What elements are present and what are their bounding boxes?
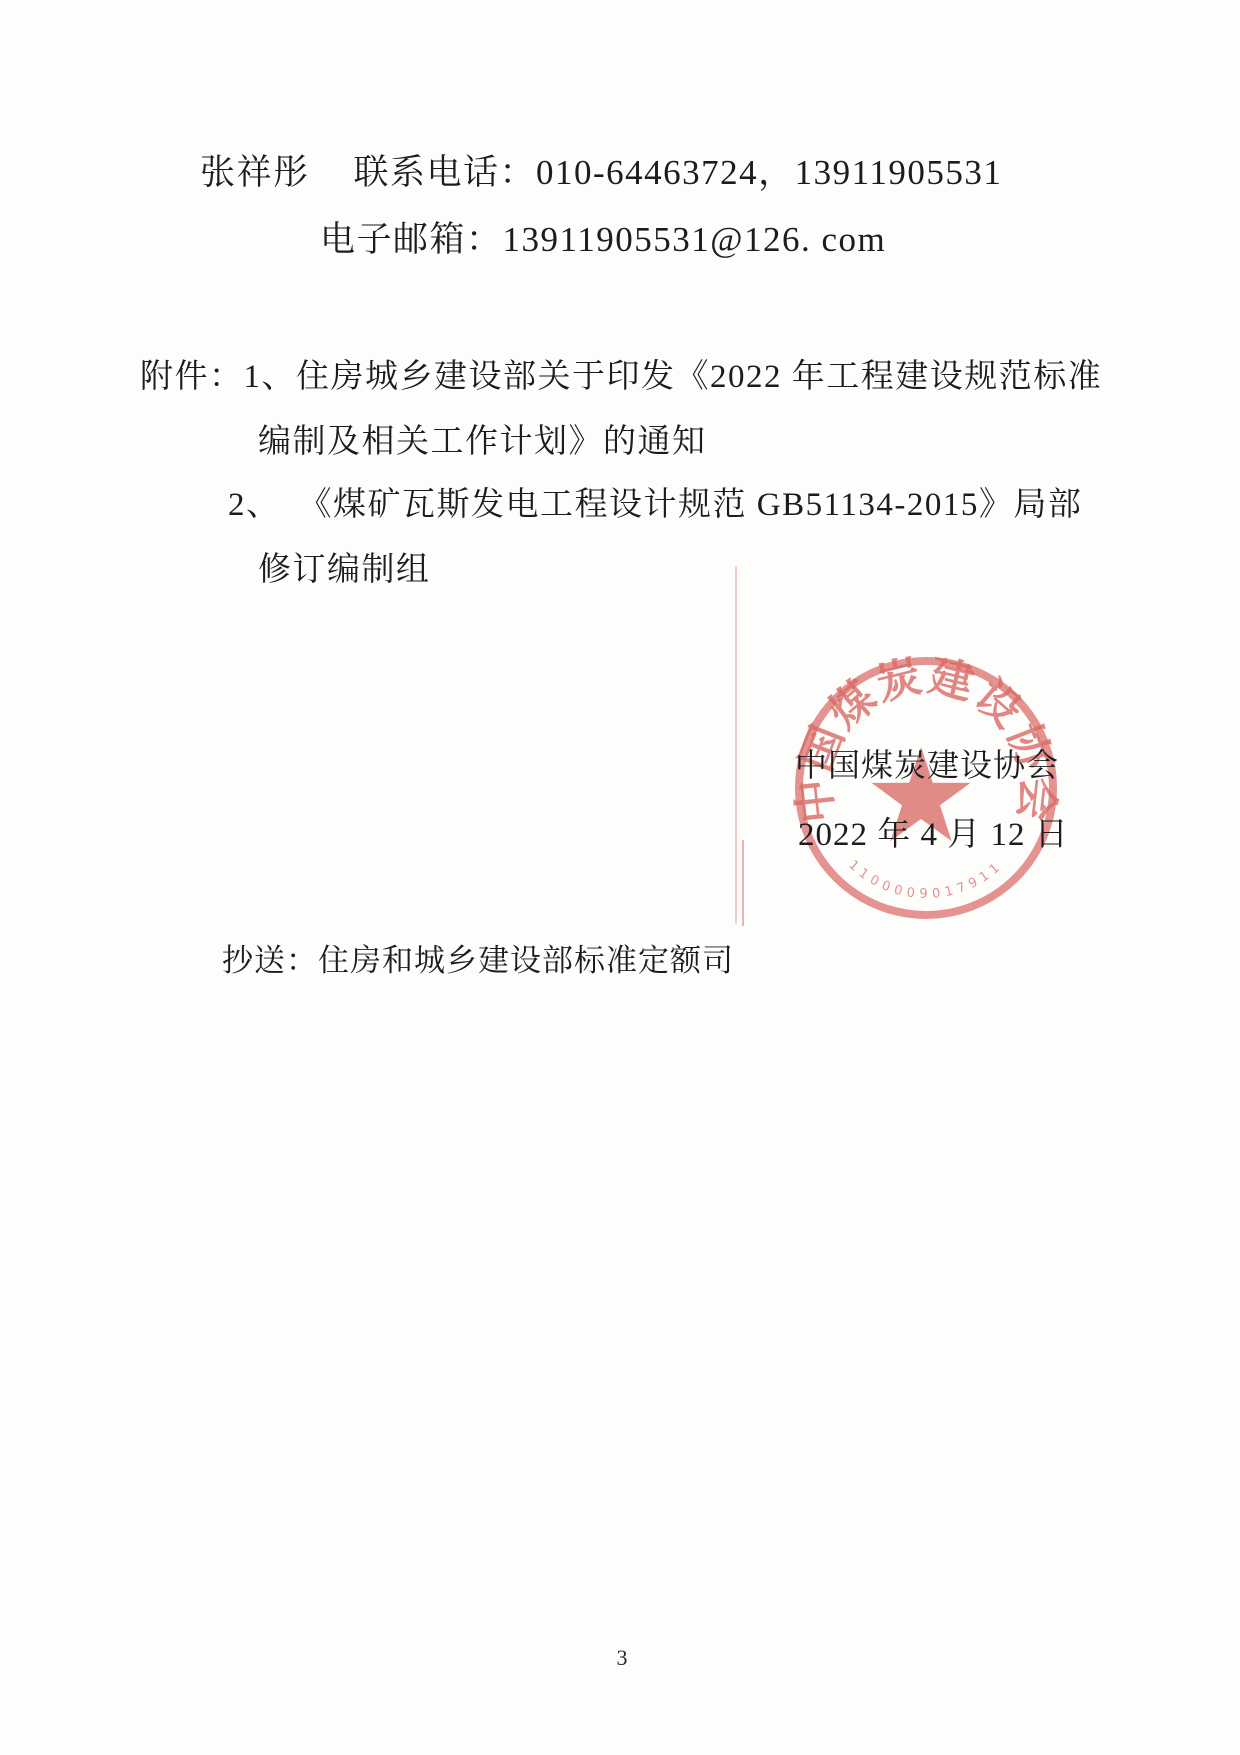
signature-date: 2022 年 4 月 12 日 [798, 808, 1069, 855]
official-seal-stamp: 中国煤炭建设协会 1100009017911 [789, 651, 1063, 925]
attachment-1-title-part1: 住房城乡建设部关于印发《2022 年工程建设规范标准 [296, 359, 1102, 395]
contact-email-label: 电子邮箱： [320, 220, 503, 259]
attachment-1-number: 1、 [244, 359, 297, 395]
attachment-item-2-line-1: 2、《煤矿瓦斯发电工程设计规范 GB51134-2015》局部 [228, 478, 1082, 525]
attachment-item-1-line-2: 编制及相关工作计划》的通知 [258, 415, 707, 462]
scan-streak [735, 566, 737, 924]
cc-line: 抄送：住房和城乡建设部标准定额司 [222, 935, 734, 980]
contact-line: 张祥彤联系电话：010-64463724，13911905531 [200, 145, 1002, 195]
contact-phone-label: 联系电话： [354, 153, 537, 192]
contact-phone-numbers: 010-64463724，13911905531 [536, 153, 1002, 192]
seal-serial-number: 1100009017911 [845, 858, 1006, 902]
contact-email-line: 电子邮箱：13911905531@126. com [320, 212, 886, 262]
attachment-item-2-line-2: 修订编制组 [258, 543, 431, 590]
attachment-2-number: 2、 [228, 487, 281, 523]
attachment-2-title-part1: 《煤矿瓦斯发电工程设计规范 GB51134-2015》局部 [299, 487, 1083, 523]
document-page: 张祥彤联系电话：010-64463724，13911905531 电子邮箱：13… [0, 0, 1240, 1755]
signature-organization: 中国煤炭建设协会 [795, 740, 1059, 786]
contact-email: 13911905531@126. com [503, 220, 887, 259]
contact-name: 张祥彤 [200, 153, 310, 192]
page-number: 3 [560, 1645, 684, 1671]
scan-streak [742, 840, 744, 926]
attachments-label: 附件： [140, 359, 244, 395]
attachment-2-title-part2: 修订编制组 [258, 552, 431, 588]
attachment-item-1-line-1: 附件：1、住房城乡建设部关于印发《2022 年工程建设规范标准 [140, 350, 1102, 397]
attachment-1-title-part2: 编制及相关工作计划》的通知 [258, 424, 707, 460]
